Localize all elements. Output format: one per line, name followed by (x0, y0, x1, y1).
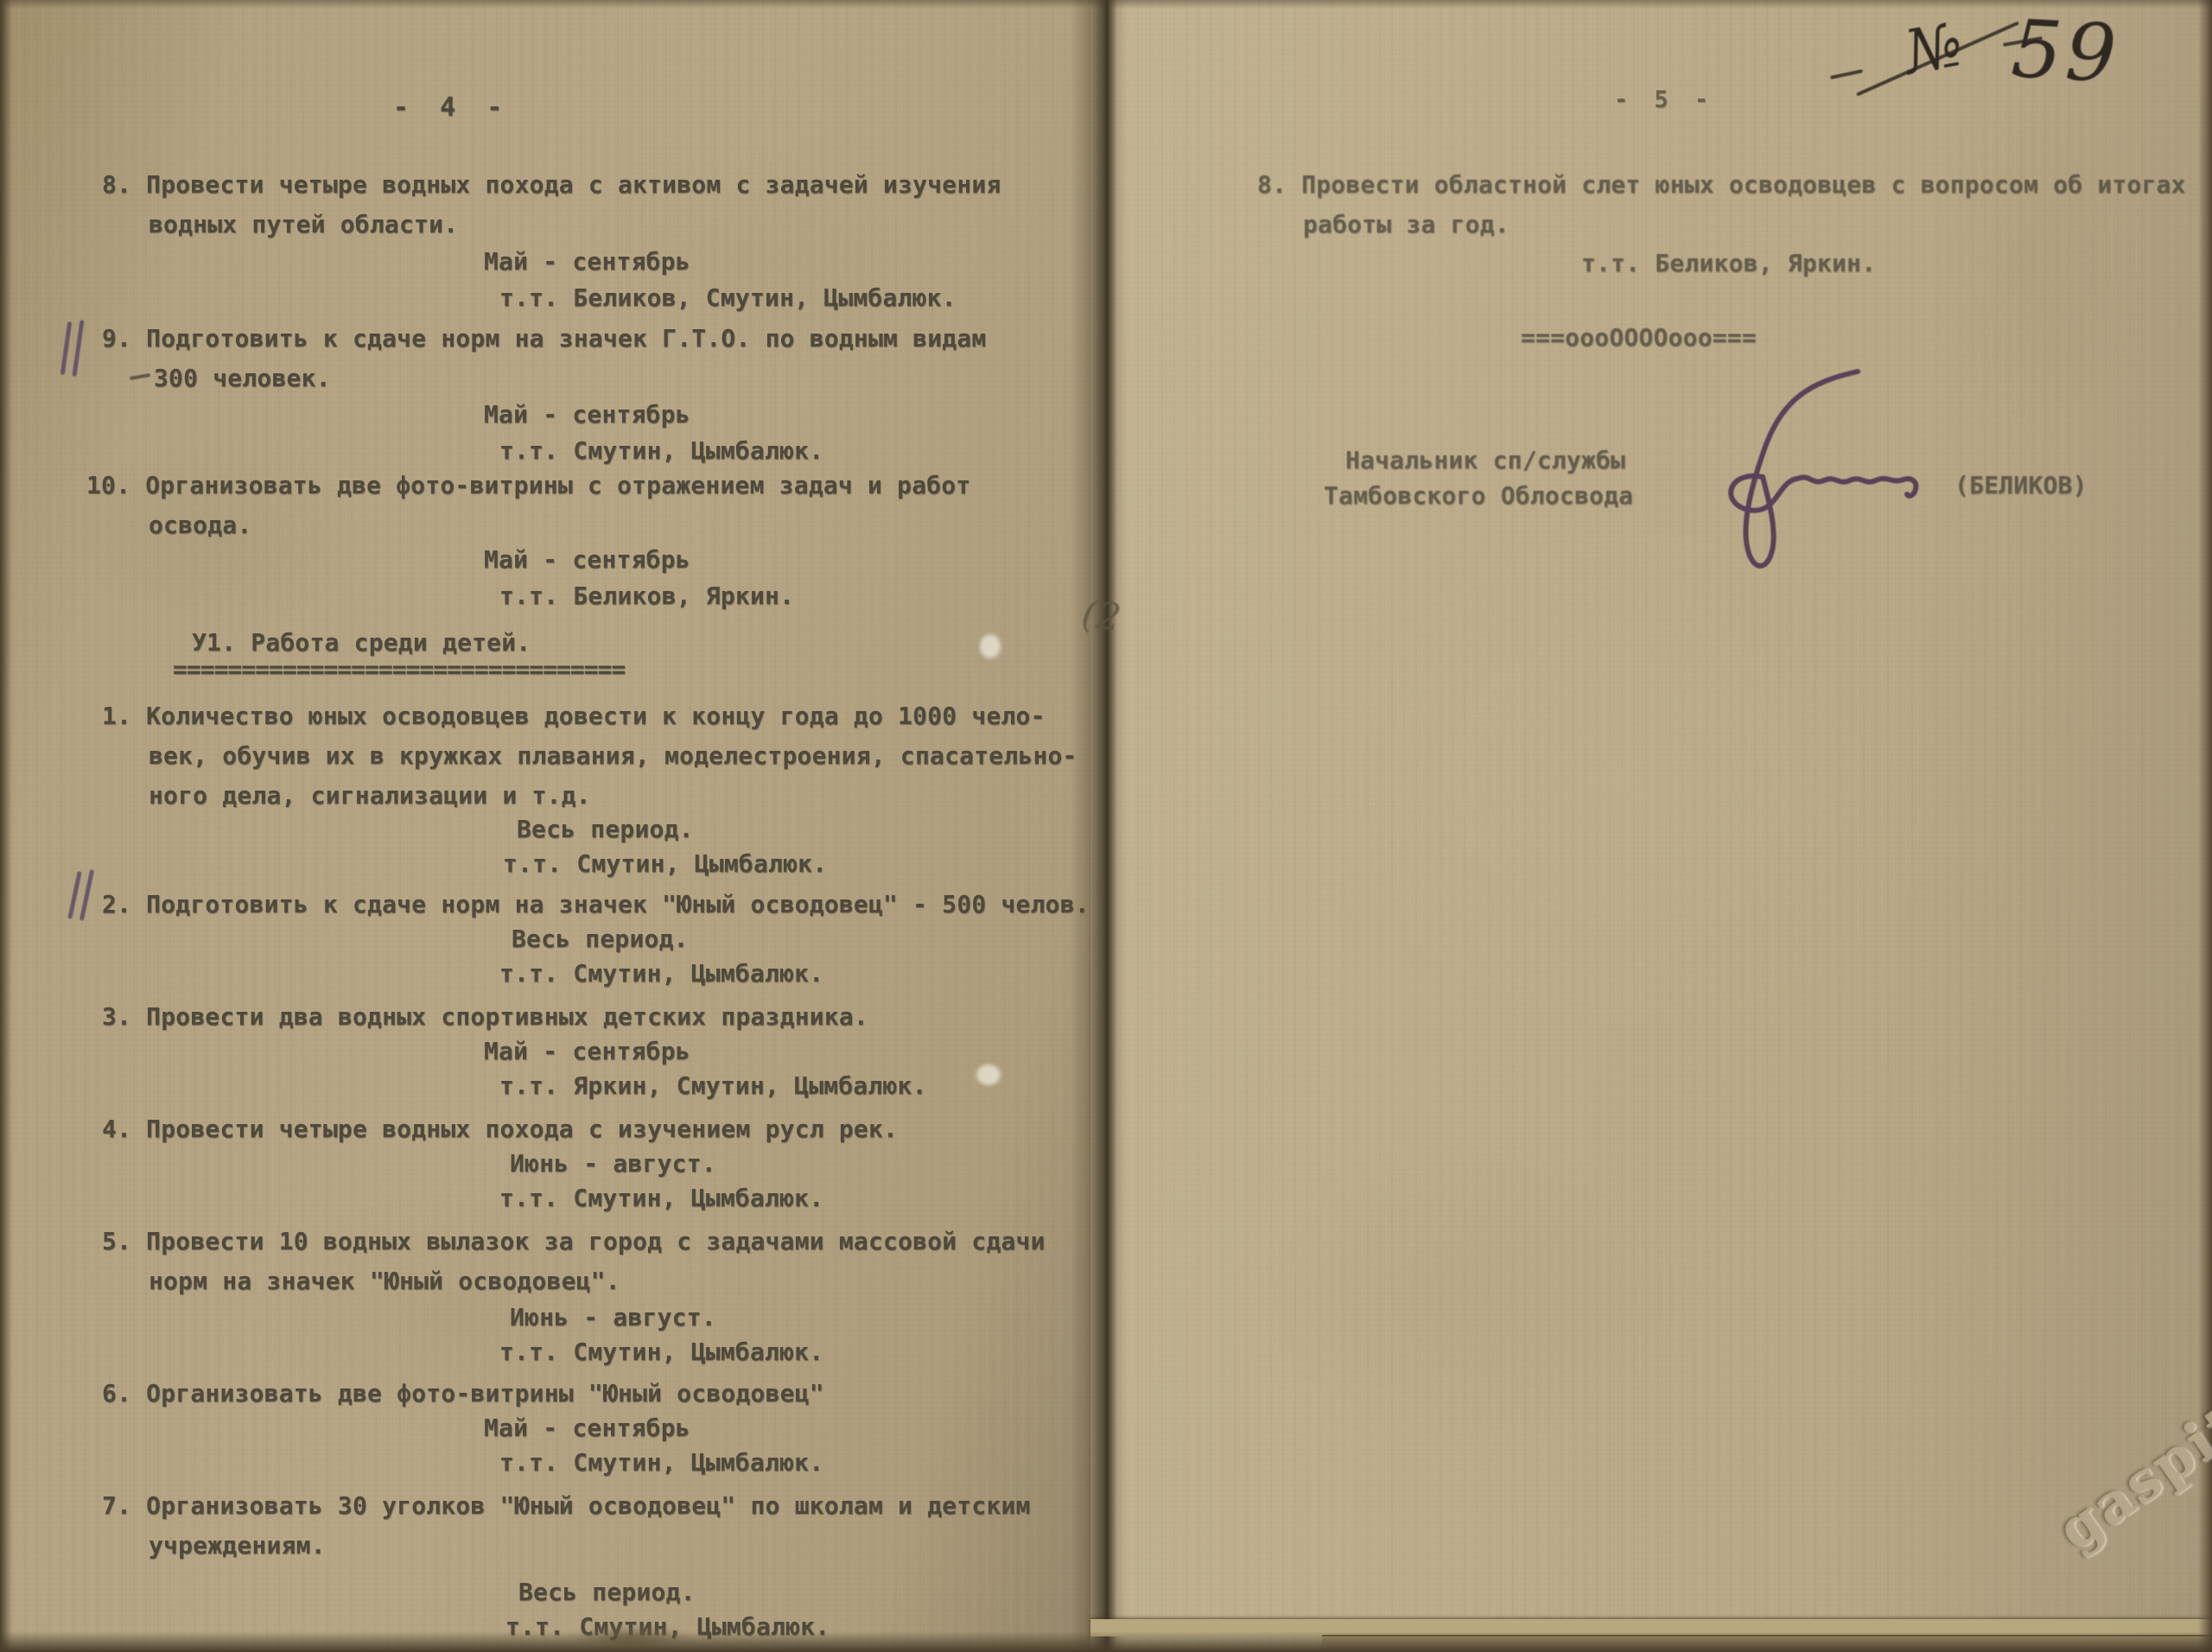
typed-line: т.т. Смутин, Цымбалюк. (499, 1451, 823, 1475)
signature-title-line: Тамбовского Облосвода (1324, 484, 1633, 508)
scan-edge (0, 0, 12, 1652)
typed-line: 300 человек. (154, 366, 331, 391)
typed-line: 3. Провести два водных спортивных детски… (102, 1005, 868, 1029)
typed-line: Весь период. (517, 817, 694, 842)
typed-line: норм на значек "Юный осводовец". (149, 1269, 620, 1293)
handwritten-doc-number: 59 (2009, 3, 2122, 100)
scan-edge (0, 1631, 2212, 1652)
page-number: - 4 - (393, 95, 510, 121)
handwritten-fold-note: (2 (1079, 592, 1124, 641)
typed-line: учреждениям. (149, 1534, 326, 1558)
typed-line: т.т. Беликов, Яркин. (1581, 251, 1876, 276)
typed-line: Июнь - август. (510, 1152, 716, 1176)
signature-title-line: Начальник сп/службы (1345, 448, 1625, 473)
typed-line: Май - сентябрь (484, 548, 690, 572)
typed-line: Май - сентябрь (484, 1039, 690, 1064)
page-fold (1070, 0, 1135, 1652)
scan-edge (0, 0, 2212, 9)
typed-line: 1. Количество юных осводовцев довести к … (102, 704, 1046, 728)
typed-line: освода. (149, 513, 251, 537)
typed-line: ного дела, сигнализации и т.д. (149, 784, 591, 808)
typed-line: Май - сентябрь (484, 403, 690, 427)
typed-line: Весь период. (518, 1580, 696, 1604)
typed-line: водных путей области. (149, 213, 458, 237)
typed-line: 8. Провести областной слет юных осводовц… (1257, 173, 2186, 197)
page-right (1090, 0, 2212, 1652)
typed-line: Май - сентябрь (484, 1416, 690, 1440)
typed-line: 9. Подготовить к сдаче норм на значек Г.… (102, 327, 986, 351)
page-number: - 5 - (1614, 88, 1714, 111)
typed-line: 2. Подготовить к сдаче норм на значек "Ю… (102, 893, 1090, 917)
section-heading: У1. Работа среди детей. (192, 631, 531, 655)
typed-line: 7. Организовать 30 уголков "Юный осводов… (102, 1494, 1031, 1518)
typed-line: т.т. Смутин, Цымбалюк. (499, 1186, 823, 1210)
paper-damage-spot (975, 1063, 1002, 1087)
typed-line: 6. Организовать две фото-витрины "Юный о… (102, 1382, 824, 1406)
signature-stroke (1681, 365, 1940, 581)
typed-line: 4. Провести четыре водных похода с изуче… (102, 1117, 898, 1141)
typed-line: т.т. Смутин, Цымбалюк. (499, 439, 823, 463)
typed-line: т.т. Беликов, Смутин, Цымбалюк. (499, 286, 957, 310)
heading-underline: ================================= (173, 658, 625, 682)
typed-line: 8. Провести четыре водных похода с актив… (102, 173, 1001, 197)
typed-line: 5. Провести 10 водных вылазок за город с… (102, 1229, 1046, 1254)
typed-line: работы за год. (1303, 213, 1510, 237)
typed-line: Июнь - август. (510, 1306, 716, 1330)
typed-line: Весь период. (512, 927, 689, 951)
typed-line: т.т. Смутин, Цымбалюк. (499, 962, 823, 986)
typed-separator: ===оооООООооо=== (1521, 326, 1757, 350)
typed-line: т.т. Смутин, Цымбалюк. (503, 852, 827, 876)
signature-name: (БЕЛИКОВ) (1955, 473, 2088, 498)
paper-damage-spot (978, 632, 1002, 660)
typed-line: 10. Организовать две фото-витрины с отра… (86, 473, 970, 498)
typed-line: век, обучив их в кружках плавания, модел… (149, 744, 1077, 768)
typed-line: т.т. Смутин, Цымбалюк. (499, 1340, 823, 1364)
typed-line: Май - сентябрь (484, 250, 690, 274)
typed-line: т.т. Яркин, Смутин, Цымбалюк. (499, 1074, 927, 1098)
typed-line: т.т. Беликов, Яркин. (499, 584, 794, 608)
archival-scan: - 4 - 8. Провести четыре водных похода с… (0, 0, 2212, 1652)
